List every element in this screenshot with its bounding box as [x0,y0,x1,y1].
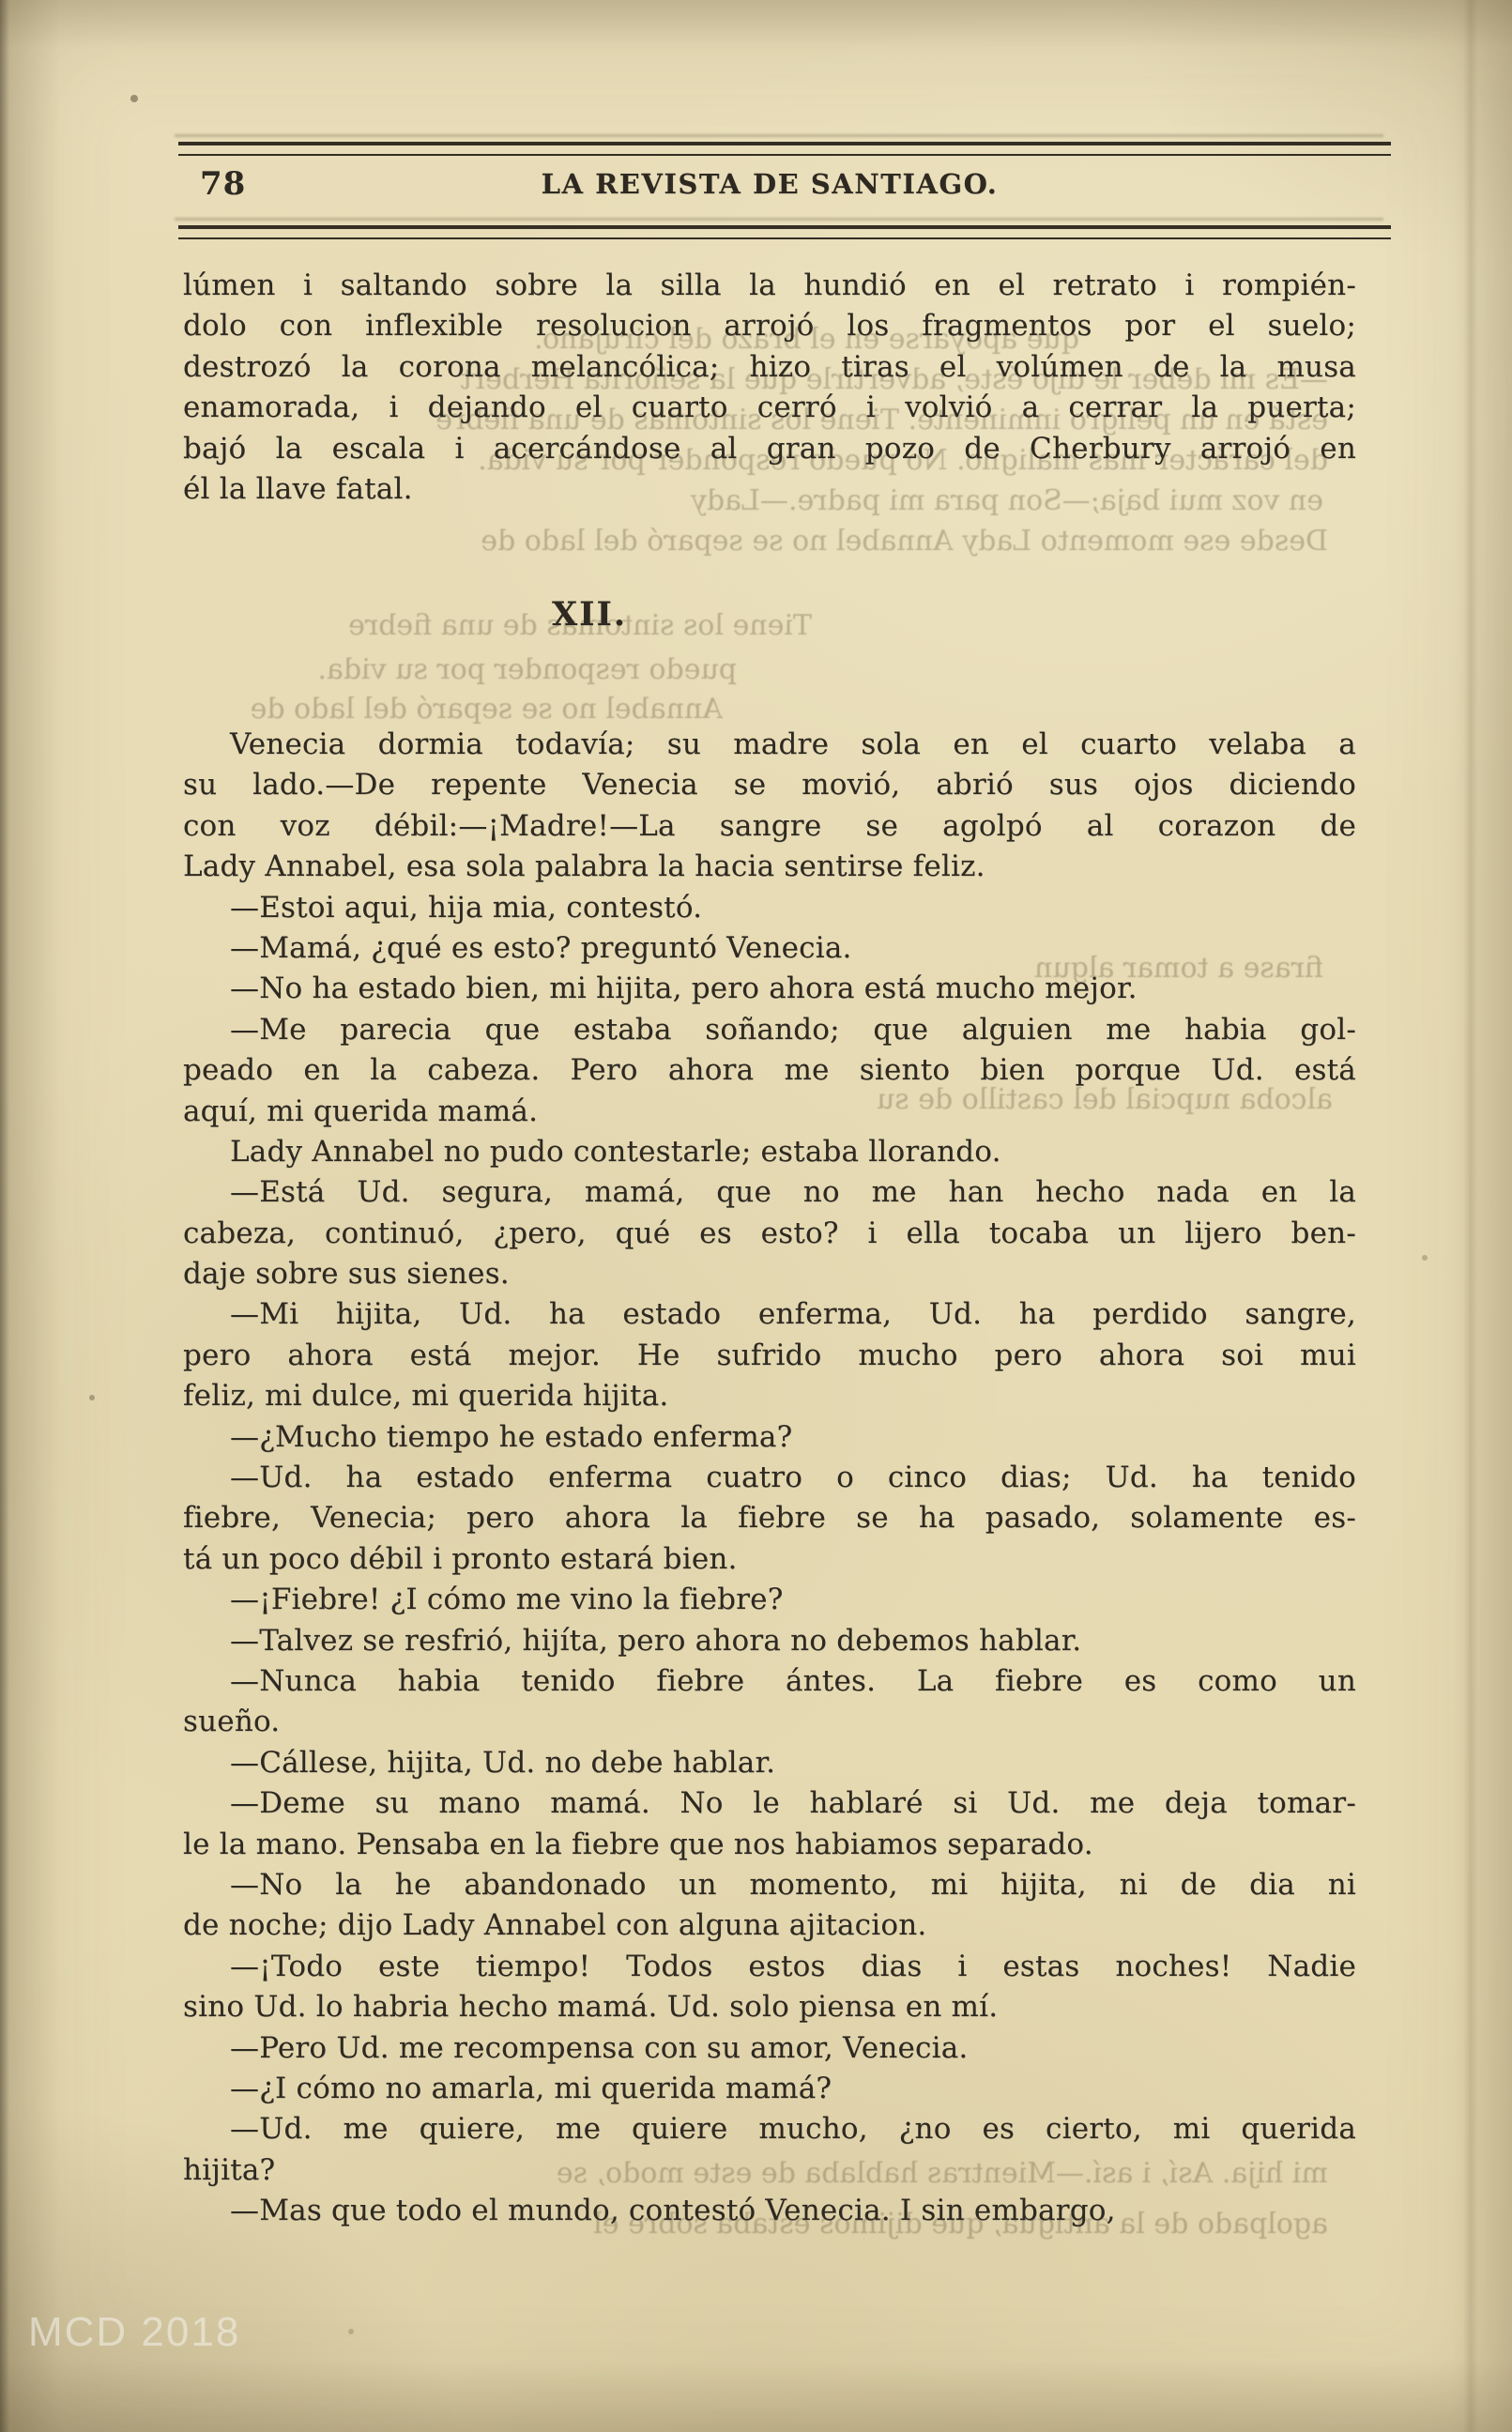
header-rule-top [178,142,1391,156]
scan-edge-shadow [0,0,9,2432]
text-line: —No la he abandonado un momento, mi hiji… [183,1865,1356,1905]
text-line: tá un poco débil i pronto estará bien. [183,1539,1356,1580]
watermark: MCD 2018 [28,2309,240,2356]
text-line: de noche; dijo Lady Annabel con alguna a… [183,1905,1356,1946]
text-line: —Ud. me quiere, me quiere mucho, ¿no es … [183,2109,1356,2149]
text-line: Lady Annabel, esa sola palabra la hacia … [183,847,1356,887]
text-line: Lady Annabel no pudo contestarle; estaba… [183,1132,1356,1172]
section-body: Venecia dormia todavía; su madre sola en… [183,725,1356,2231]
text-line: Venecia dormia todavía; su madre sola en… [183,725,1356,765]
text-line: —Mi hijita, Ud. ha estado enferma, Ud. h… [183,1294,1356,1335]
text-line: —Ud. ha estado enferma cuatro o cinco di… [183,1458,1356,1498]
text-line: sueño. [183,1702,1356,1742]
text-line: con voz débil:—¡Madre!—La sangre se agol… [183,806,1356,847]
text-line: lúmen i saltando sobre la silla la hundi… [183,266,1356,306]
text-line: —Nunca habia tenido fiebre ántes. La fie… [183,1661,1356,1702]
text-line: pero ahora está mejor. He sufrido mucho … [183,1336,1356,1376]
text-line: —Cállese, hijita, Ud. no debe hablar. [183,1743,1356,1783]
header-rule-bottom [178,225,1391,239]
bleedthrough-line: puedo responder por su vida. [155,651,737,689]
text-line: —Me parecia que estaba soñando; que algu… [183,1010,1356,1050]
text-line: destrozó la corona melancólica; hizo tir… [183,347,1356,388]
text-line: fiebre, Venecia; pero ahora la fiebre se… [183,1498,1356,1538]
text-line: —Estoi aqui, hija mia, contestó. [183,888,1356,928]
bleedthrough-line: Tiene los sintomas de una fiebre [155,607,812,645]
text-line: enamorada, i dejando el cuarto cerró i v… [183,388,1356,428]
text-line: —¡Fiebre! ¿I cómo me vino la fiebre? [183,1580,1356,1620]
text-line: —Está Ud. segura, mamá, que no me han he… [183,1172,1356,1213]
scanned-page: que apoyarse en el brazo del cirujano.—E… [0,0,1512,2432]
page-crease [1463,0,1478,2432]
bleedthrough-line: Desde ese momento Lady Annabel no se sep… [155,523,1328,560]
text-line: su lado.—De repente Venecia se movió, ab… [183,765,1356,805]
text-line: —No ha estado bien, mi hijita, pero ahor… [183,969,1356,1009]
text-line: —Mamá, ¿qué es esto? preguntó Venecia. [183,928,1356,969]
text-line: —Mas que todo el mundo, contestó Venecia… [183,2191,1356,2231]
text-line: dolo con inflexible resolucion arrojó lo… [183,306,1356,346]
text-line: sino Ud. lo habria hecho mamá. Ud. solo … [183,1987,1356,2027]
text-line: —Deme su mano mamá. No le hablaré si Ud.… [183,1783,1356,1824]
text-line: cabeza, continuó, ¿pero, qué es esto? i … [183,1214,1356,1254]
text-line: bajó la escala i acercándose al gran poz… [183,429,1356,469]
text-line: él la llave fatal. [183,469,1356,510]
text-line: —Pero Ud. me recompensa con su amor, Ven… [183,2028,1356,2069]
text-line: —¿I cómo no amarla, mi querida mamá? [183,2069,1356,2109]
text-line: le la mano. Pensaba en la fiebre que nos… [183,1825,1356,1865]
text-line: feliz, mi dulce, mi querida hijita. [183,1376,1356,1416]
text-line: daje sobre sus sienes. [183,1254,1356,1294]
text-line: aquí, mi querida mamá. [183,1092,1356,1132]
text-line: hijita? [183,2150,1356,2191]
page-number: 78 [200,161,246,206]
opening-paragraph: lúmen i saltando sobre la silla la hundi… [183,266,1356,510]
text-line: —¿Mucho tiempo he estado enferma? [183,1417,1356,1458]
journal-title: LA REVISTA DE SANTIAGO. [183,161,1356,206]
text-line: —Talvez se resfrió, hijíta, pero ahora n… [183,1621,1356,1661]
text-line: peado en la cabeza. Pero ahora me siento… [183,1050,1356,1091]
text-line: —¡Todo este tiempo! Todos estos dias i e… [183,1947,1356,1987]
page-header: 78 LA REVISTA DE SANTIAGO. [183,161,1356,206]
section-heading: XII. [552,595,627,634]
bleedthrough-line: Annabel no se separó del lado de [122,691,723,728]
